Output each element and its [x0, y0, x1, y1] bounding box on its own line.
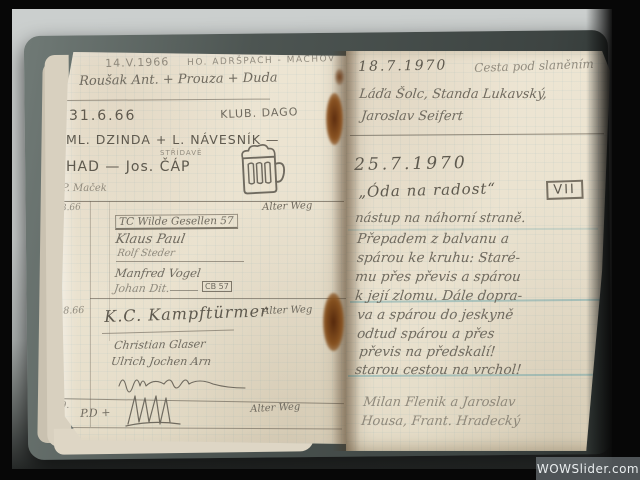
climber-name: P. Maček	[62, 183, 107, 194]
climber-names: Housa, Frant. Hradecký	[360, 414, 520, 429]
route-description-line: mu přes převis a spárou	[354, 269, 521, 285]
climber-name: Klaus Paul	[114, 232, 186, 247]
rust-stain-small	[335, 69, 344, 85]
route-description-line: spárou ke kruhu: Staré-	[356, 250, 521, 266]
climber-names: Láďa Šolc, Standa Lukavský,	[358, 87, 547, 102]
team-name: TC Wilde Gesellen 57	[115, 214, 238, 230]
climber-name: Johan Dit.	[113, 282, 170, 295]
photo-background: 14.V.1966 HO. ADRŠPACH - MACHOV Roušak A…	[12, 9, 612, 469]
route-name: Alter Weg	[262, 304, 312, 317]
rust-stain-bottom	[323, 293, 344, 351]
climber-initials: P.D +	[80, 406, 111, 420]
pencil-divider-line	[116, 261, 244, 262]
pencil-divider-line	[65, 99, 270, 101]
route-description-line: starou cestou na vrchol!	[354, 362, 522, 378]
route-title: Cesta pod slaněním	[474, 57, 594, 75]
route-description-line: nástup na náhorní straně.	[354, 211, 526, 226]
route-description-line: odtud spárou a přes	[356, 326, 495, 342]
pencil-underline	[102, 330, 234, 334]
club-name: HO. ADRŠPACH - MACHOV	[187, 54, 336, 68]
route-description-line: va a spárou do jeskyně	[356, 307, 514, 323]
signature-dash	[170, 290, 198, 291]
climber-names: Jaroslav Seifert	[360, 109, 463, 124]
route-grade: VII	[546, 180, 583, 200]
photo-frame: 14.V.1966 HO. ADRŠPACH - MACHOV Roušak A…	[0, 0, 640, 480]
route-description-line: převis na předskalí!	[358, 344, 496, 360]
route-description-line: Přepadem z balvanu a	[356, 231, 509, 247]
signature-scrawl	[124, 392, 182, 428]
signature-scrawl	[117, 374, 257, 394]
climber-name: Christian Glaser	[113, 337, 206, 352]
watermark-label: WOWSlider.com	[537, 462, 639, 476]
route-title: „Óda na radost“	[358, 179, 496, 201]
margin-line	[90, 201, 91, 427]
pencil-divider-line	[350, 133, 604, 136]
route-description-line: k její zlomu. Dále dopra-	[354, 288, 523, 304]
note-stridave: STŘÍDAVĚ	[160, 149, 202, 157]
climber-name: Manfred Vogel	[114, 266, 202, 280]
climber-pair: HAD — Jos. ČÁP	[66, 159, 190, 175]
right-page: 18.7.1970 Cesta pod slaněním Láďa Šolc, …	[346, 51, 610, 451]
team-name: K.C. Kampftürmer	[104, 301, 269, 326]
pencil-divider-line	[90, 298, 346, 299]
club-badge: CB 57	[202, 281, 232, 292]
climber-name: Rolf Steder	[116, 248, 175, 259]
entry-date: 25.7.1970	[354, 153, 468, 175]
rust-stain-top	[326, 93, 343, 145]
pencil-divider-line	[58, 427, 342, 429]
climber-names: Roušak Ant. + Prouza + Duda	[79, 71, 278, 89]
entry-date: 14.V.1966	[105, 55, 169, 70]
edge-shadow	[586, 9, 612, 469]
climber-names: Milan Flenik a Jaroslav	[362, 395, 516, 410]
route-name: Alter Weg	[250, 401, 301, 415]
climber-name: Ulrich Jochen Arn	[110, 355, 212, 368]
club-name: KLUB. DAGO	[220, 105, 299, 121]
entry-date: 18.7.1970	[358, 57, 448, 75]
route-name: Alter Weg	[262, 200, 312, 213]
wowslider-watermark[interactable]: WOWSlider.com	[536, 457, 640, 480]
left-page: 14.V.1966 HO. ADRŠPACH - MACHOV Roušak A…	[62, 52, 346, 444]
beer-mug-drawing	[235, 143, 286, 201]
entry-date: 31.6.66	[69, 108, 136, 124]
